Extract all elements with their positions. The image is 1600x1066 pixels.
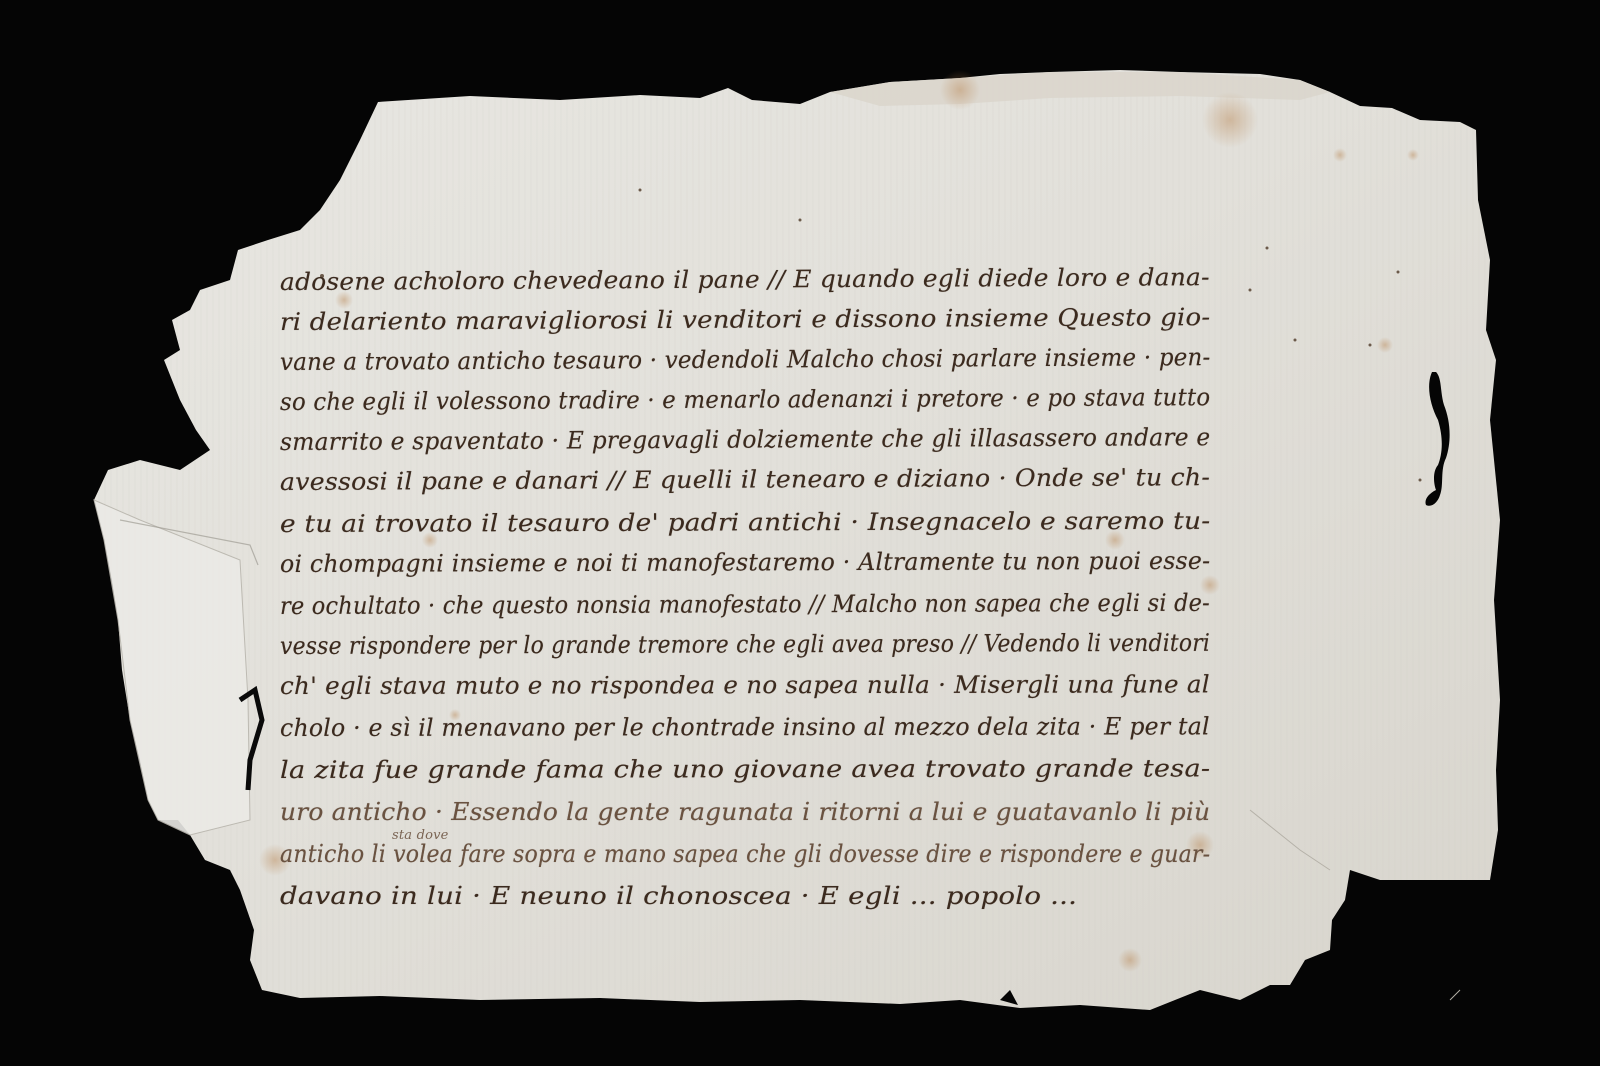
manuscript-line-8: oi chompagni insieme e noi ti manofestar… bbox=[280, 547, 1210, 578]
manuscript-line-3: vane a trovato anticho tesauro · vedendo… bbox=[280, 343, 1211, 376]
manuscript-line-15: anticho li volea fare sopra e mano sapea… bbox=[280, 840, 1210, 868]
manuscript-line-7: e tu ai trovato il tesauro de' padri ant… bbox=[280, 507, 1210, 538]
manuscript-line-12: cholo · e sì il menavano per le chontrad… bbox=[280, 712, 1210, 742]
manuscript-line-13: la zita fue grande fama che uno giovane … bbox=[280, 754, 1210, 784]
manuscript-line-1: adosene acholoro chevedeano il pane // E… bbox=[280, 263, 1210, 296]
manuscript-line-11: ch' egli stava muto e no rispondea e no … bbox=[280, 670, 1210, 700]
manuscript-line-2: ri delariento maravigliorosi li venditor… bbox=[280, 303, 1211, 336]
manuscript-line-14: uro anticho · Essendo la gente ragunata … bbox=[280, 798, 1210, 826]
manuscript-line-5: smarrito e spaventato · E pregavagli dol… bbox=[280, 423, 1211, 456]
manuscript-line-16: davano in lui · E neuno il chonoscea · E… bbox=[280, 882, 1077, 910]
photo-stage: adosene acholoro chevedeano il pane // E… bbox=[0, 0, 1600, 1066]
interlinear-note: sta dove bbox=[392, 828, 449, 843]
manuscript-line-6: avessosi il pane e danari // E quelli il… bbox=[280, 463, 1210, 496]
manuscript-line-10: vesse rispondere per lo grande tremore c… bbox=[280, 629, 1210, 660]
manuscript-line-9: re ochultato · che questo nonsia manofes… bbox=[280, 589, 1210, 620]
manuscript-line-4: so che egli il volessono tradire · e men… bbox=[280, 383, 1210, 416]
